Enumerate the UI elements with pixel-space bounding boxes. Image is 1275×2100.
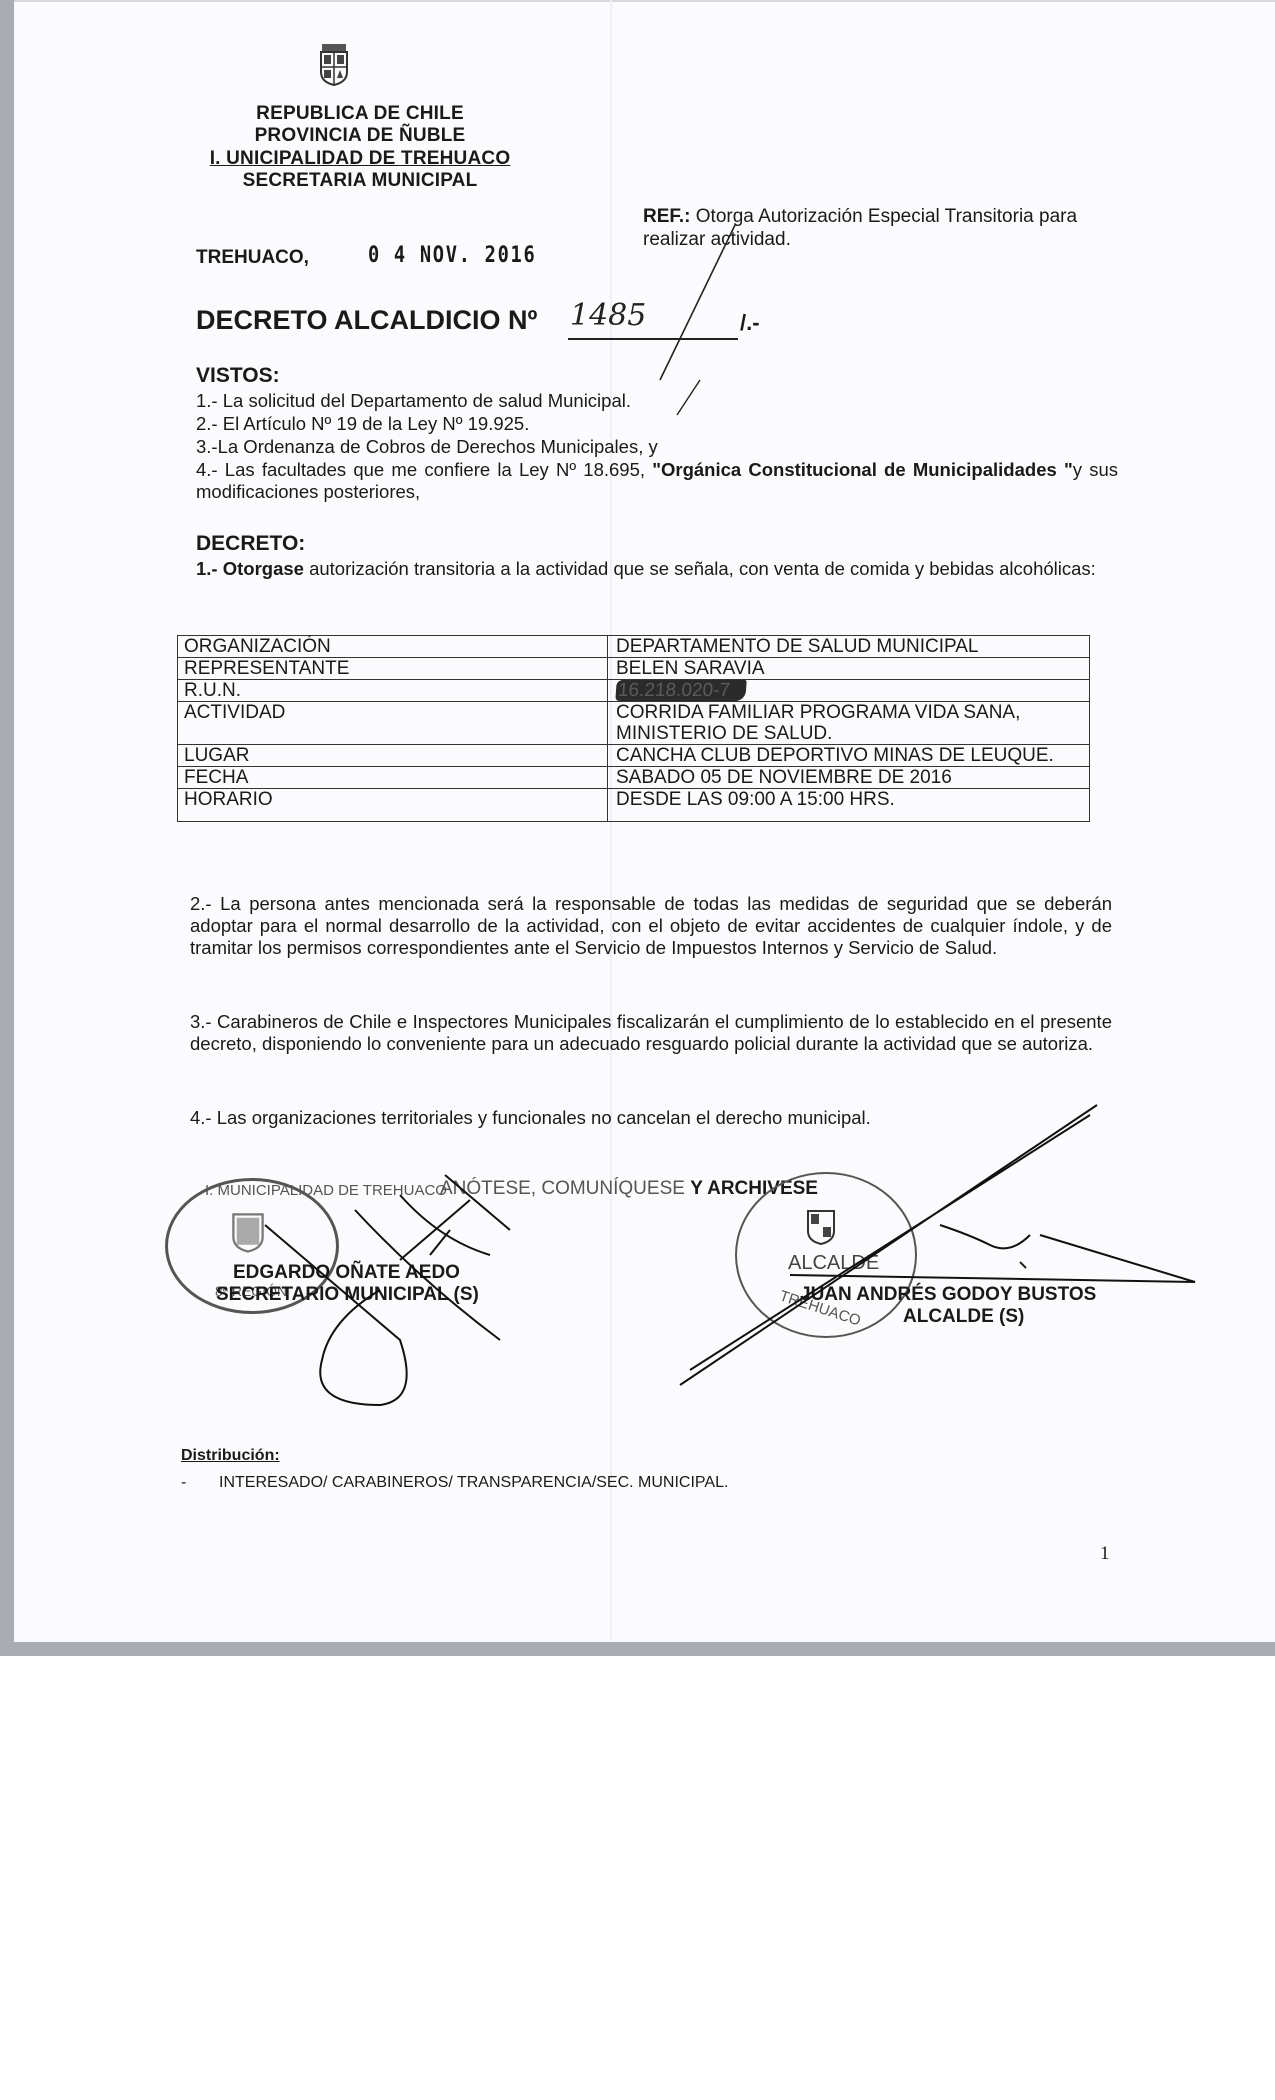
distribution-list: -INTERESADO/ CARABINEROS/ TRANSPARENCIA/… [181, 1474, 728, 1492]
handwritten-signatures [0, 0, 1275, 1660]
distribution-text: INTERESADO/ CARABINEROS/ TRANSPARENCIA/S… [219, 1474, 728, 1491]
distribution-heading: Distribución: [181, 1447, 280, 1465]
distribution-bullet: - [181, 1474, 219, 1492]
page-number: 1 [1100, 1543, 1110, 1565]
